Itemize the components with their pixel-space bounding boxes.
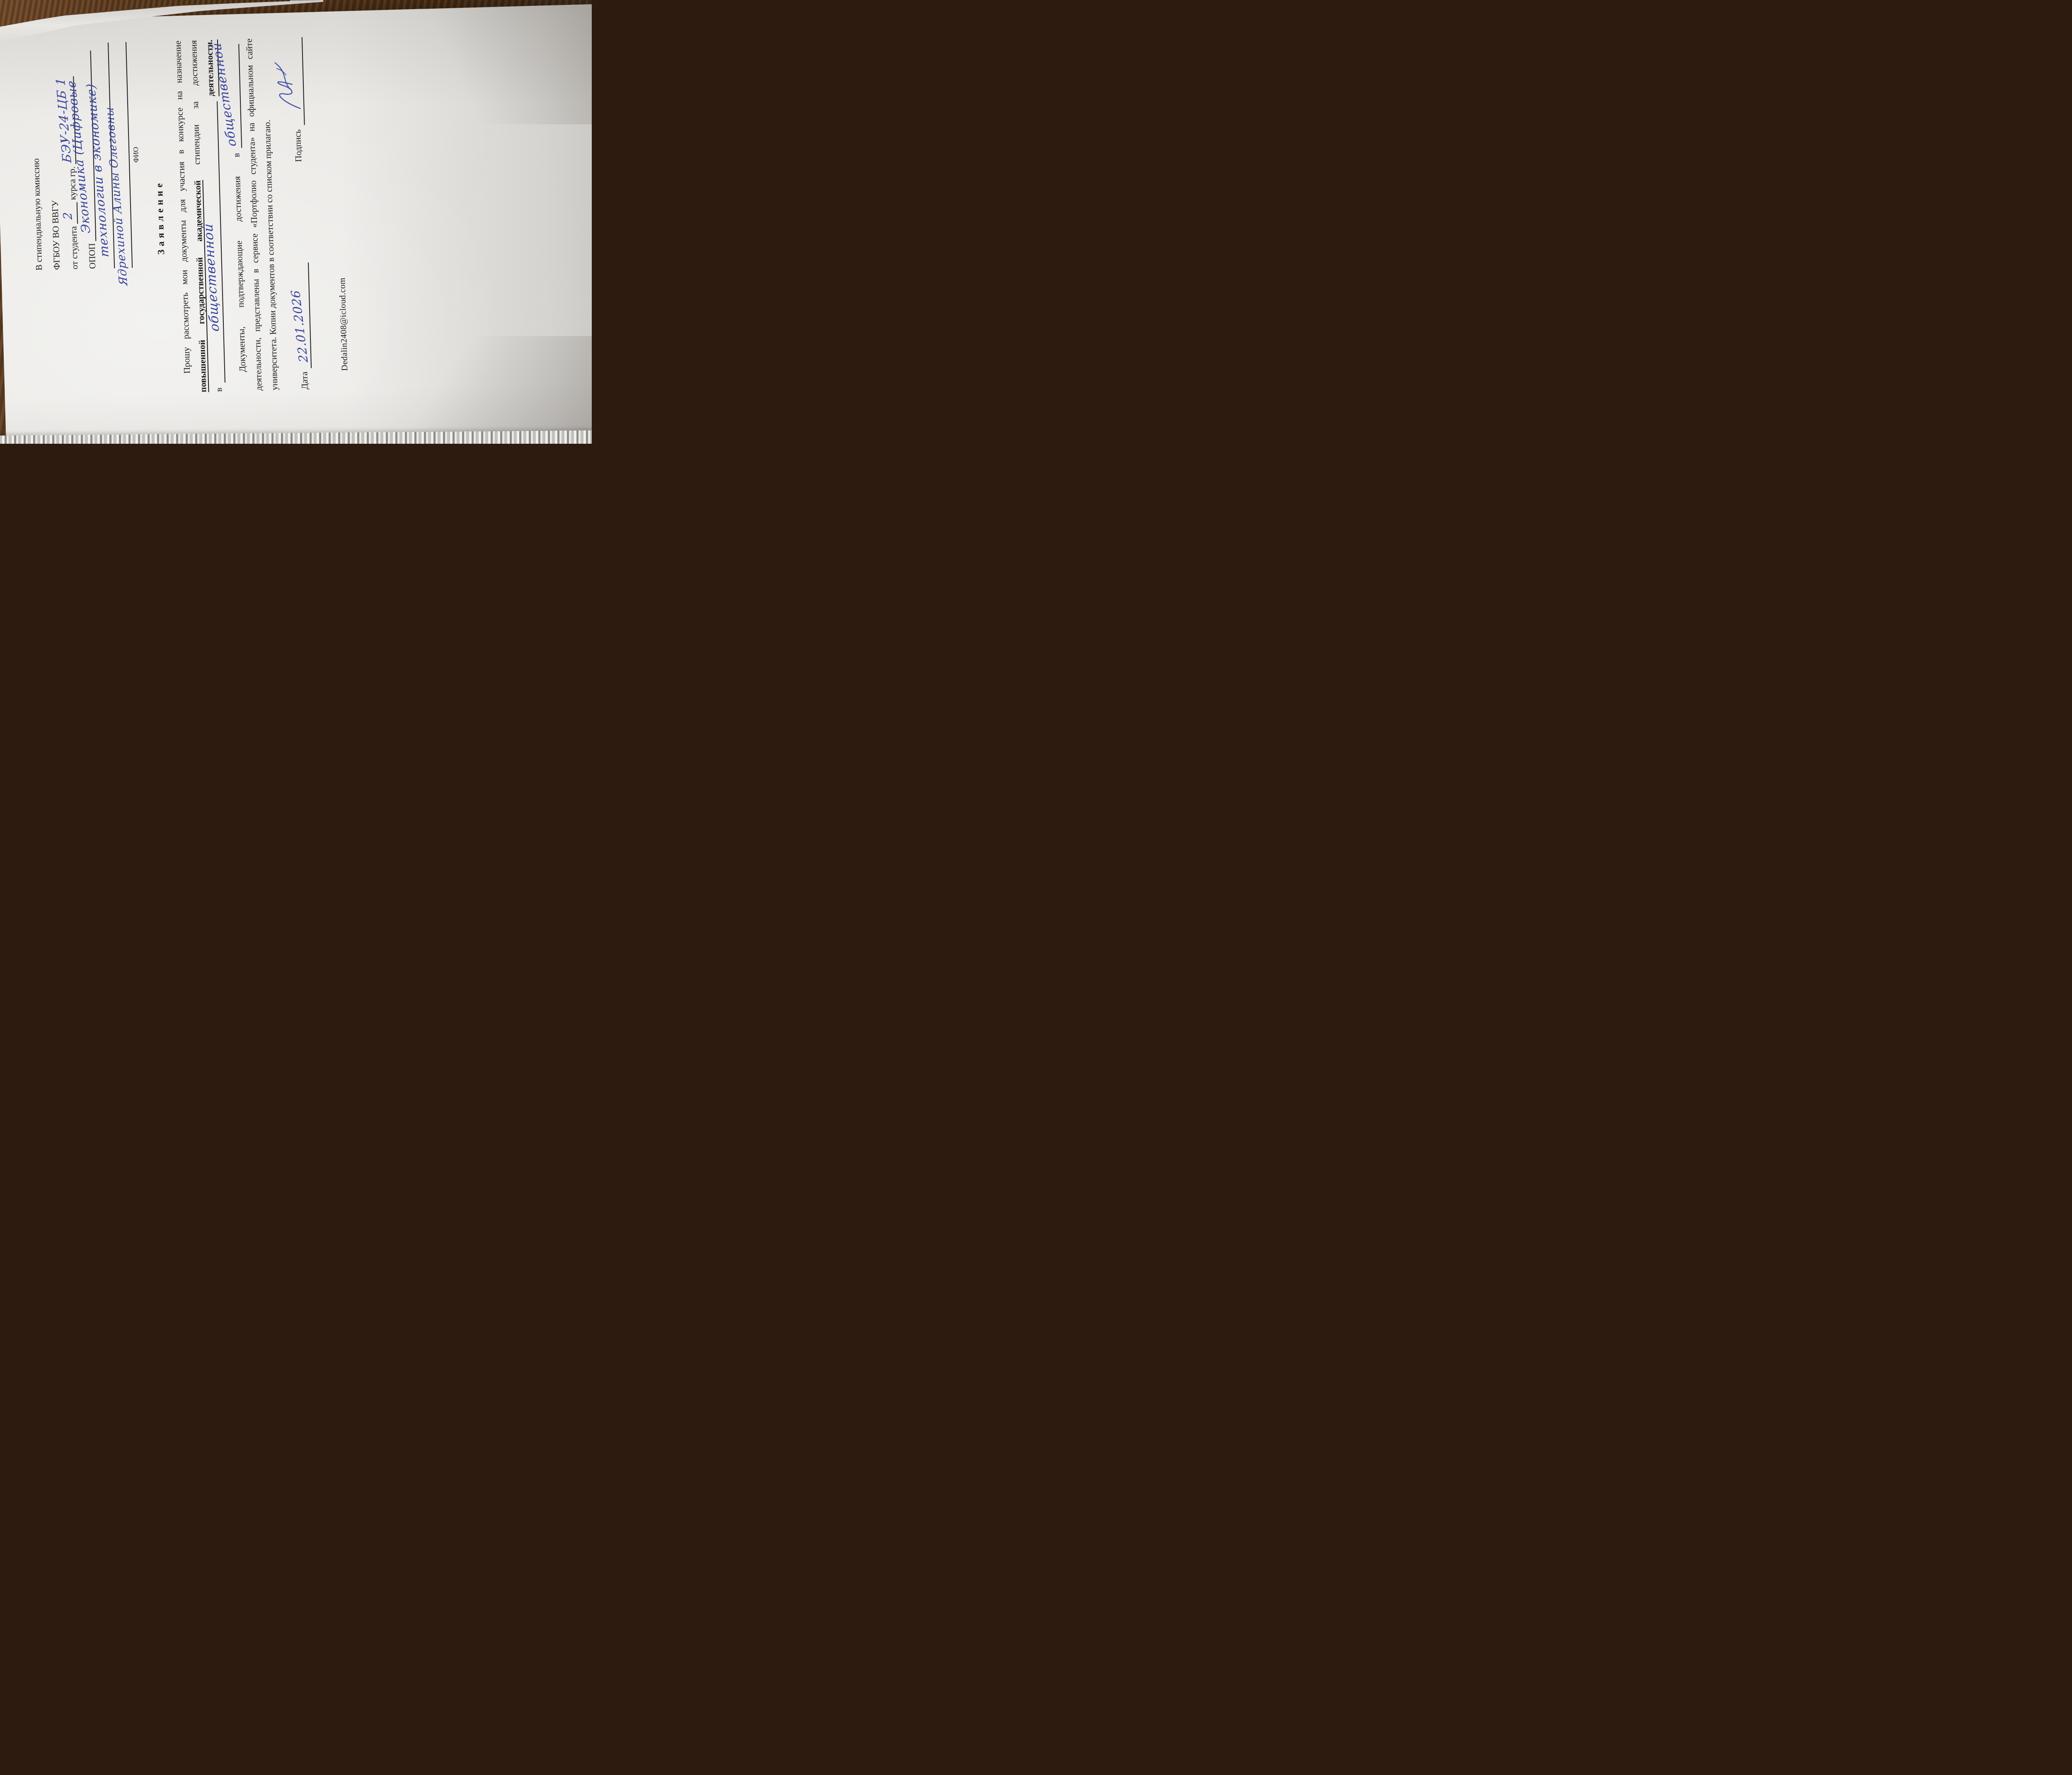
paper-sheet: В стипендиальную комиссию ФГБОУ ВО ВВГУ … xyxy=(0,4,592,444)
photo-of-application-document: В стипендиальную комиссию ФГБОУ ВО ВВГУ … xyxy=(0,0,592,444)
date-handwriting: 22.01.2026 xyxy=(288,290,310,363)
activity-blank-line-2: общественной xyxy=(227,44,242,148)
p2-word-2: подтверждающие xyxy=(231,240,248,307)
p2-word-1: Документы, xyxy=(233,326,250,372)
p1-line3-prefix: в xyxy=(211,387,227,392)
addressee-block: В стипендиальную комиссию ФГБОУ ВО ВВГУ … xyxy=(24,42,144,271)
fio-line: Ядрехиной Алины Олеговны ФИО xyxy=(113,42,144,268)
signature-label: Подпись xyxy=(293,129,304,162)
p2-word-4: в xyxy=(229,153,244,157)
footer-spacer xyxy=(301,162,304,263)
date-signature-row: Дата 22.01.2026 Подпись xyxy=(290,37,315,390)
p1-line2-rest: стипендии за достижения xyxy=(189,40,202,181)
document-content: В стипендиальную комиссию ФГБОУ ВО ВВГУ … xyxy=(0,4,592,444)
date-label: Дата xyxy=(299,372,310,390)
signature-handwriting xyxy=(271,52,305,115)
fio-blank-line: Ядрехиной Алины Олеговны xyxy=(115,42,133,268)
course-handwriting: 2 xyxy=(58,212,77,220)
p2-word-3: достижения xyxy=(229,176,246,222)
document-title: Заявление xyxy=(150,41,171,393)
email-text: Dedalin2408@icloud.com xyxy=(331,36,350,371)
signature-blank-line xyxy=(290,37,305,126)
date-blank-line: 22.01.2026 xyxy=(296,263,312,369)
